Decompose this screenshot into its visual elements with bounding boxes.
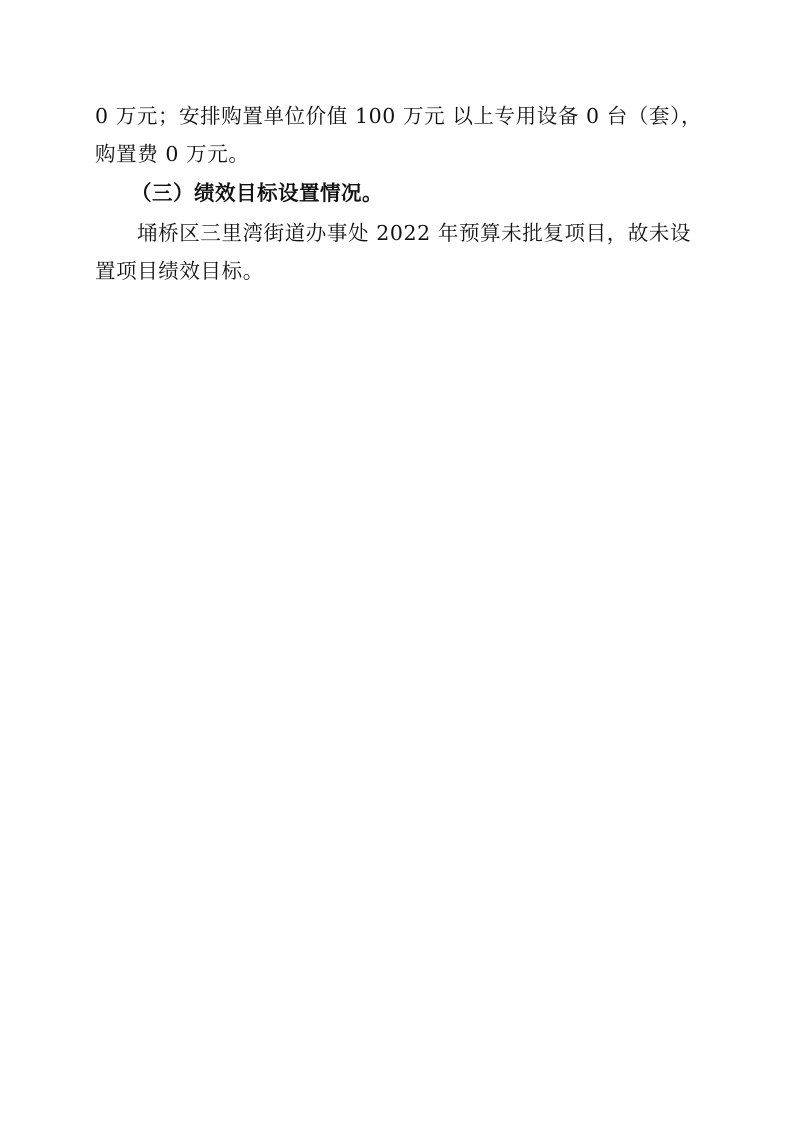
paragraph-line: 0 万元；安排购置单位价值 100 万元 以上专用设备 0 台（套）， bbox=[95, 104, 702, 128]
paragraph-line: 置项目绩效目标。 bbox=[95, 259, 264, 283]
paragraph-line: 购置费 0 万元。 bbox=[95, 142, 249, 166]
paragraph-line: 埇桥区三里湾街道办事处 2022 年预算未批复项目，故未设 bbox=[137, 221, 691, 245]
section-heading: （三）绩效目标设置情况。 bbox=[131, 181, 383, 205]
